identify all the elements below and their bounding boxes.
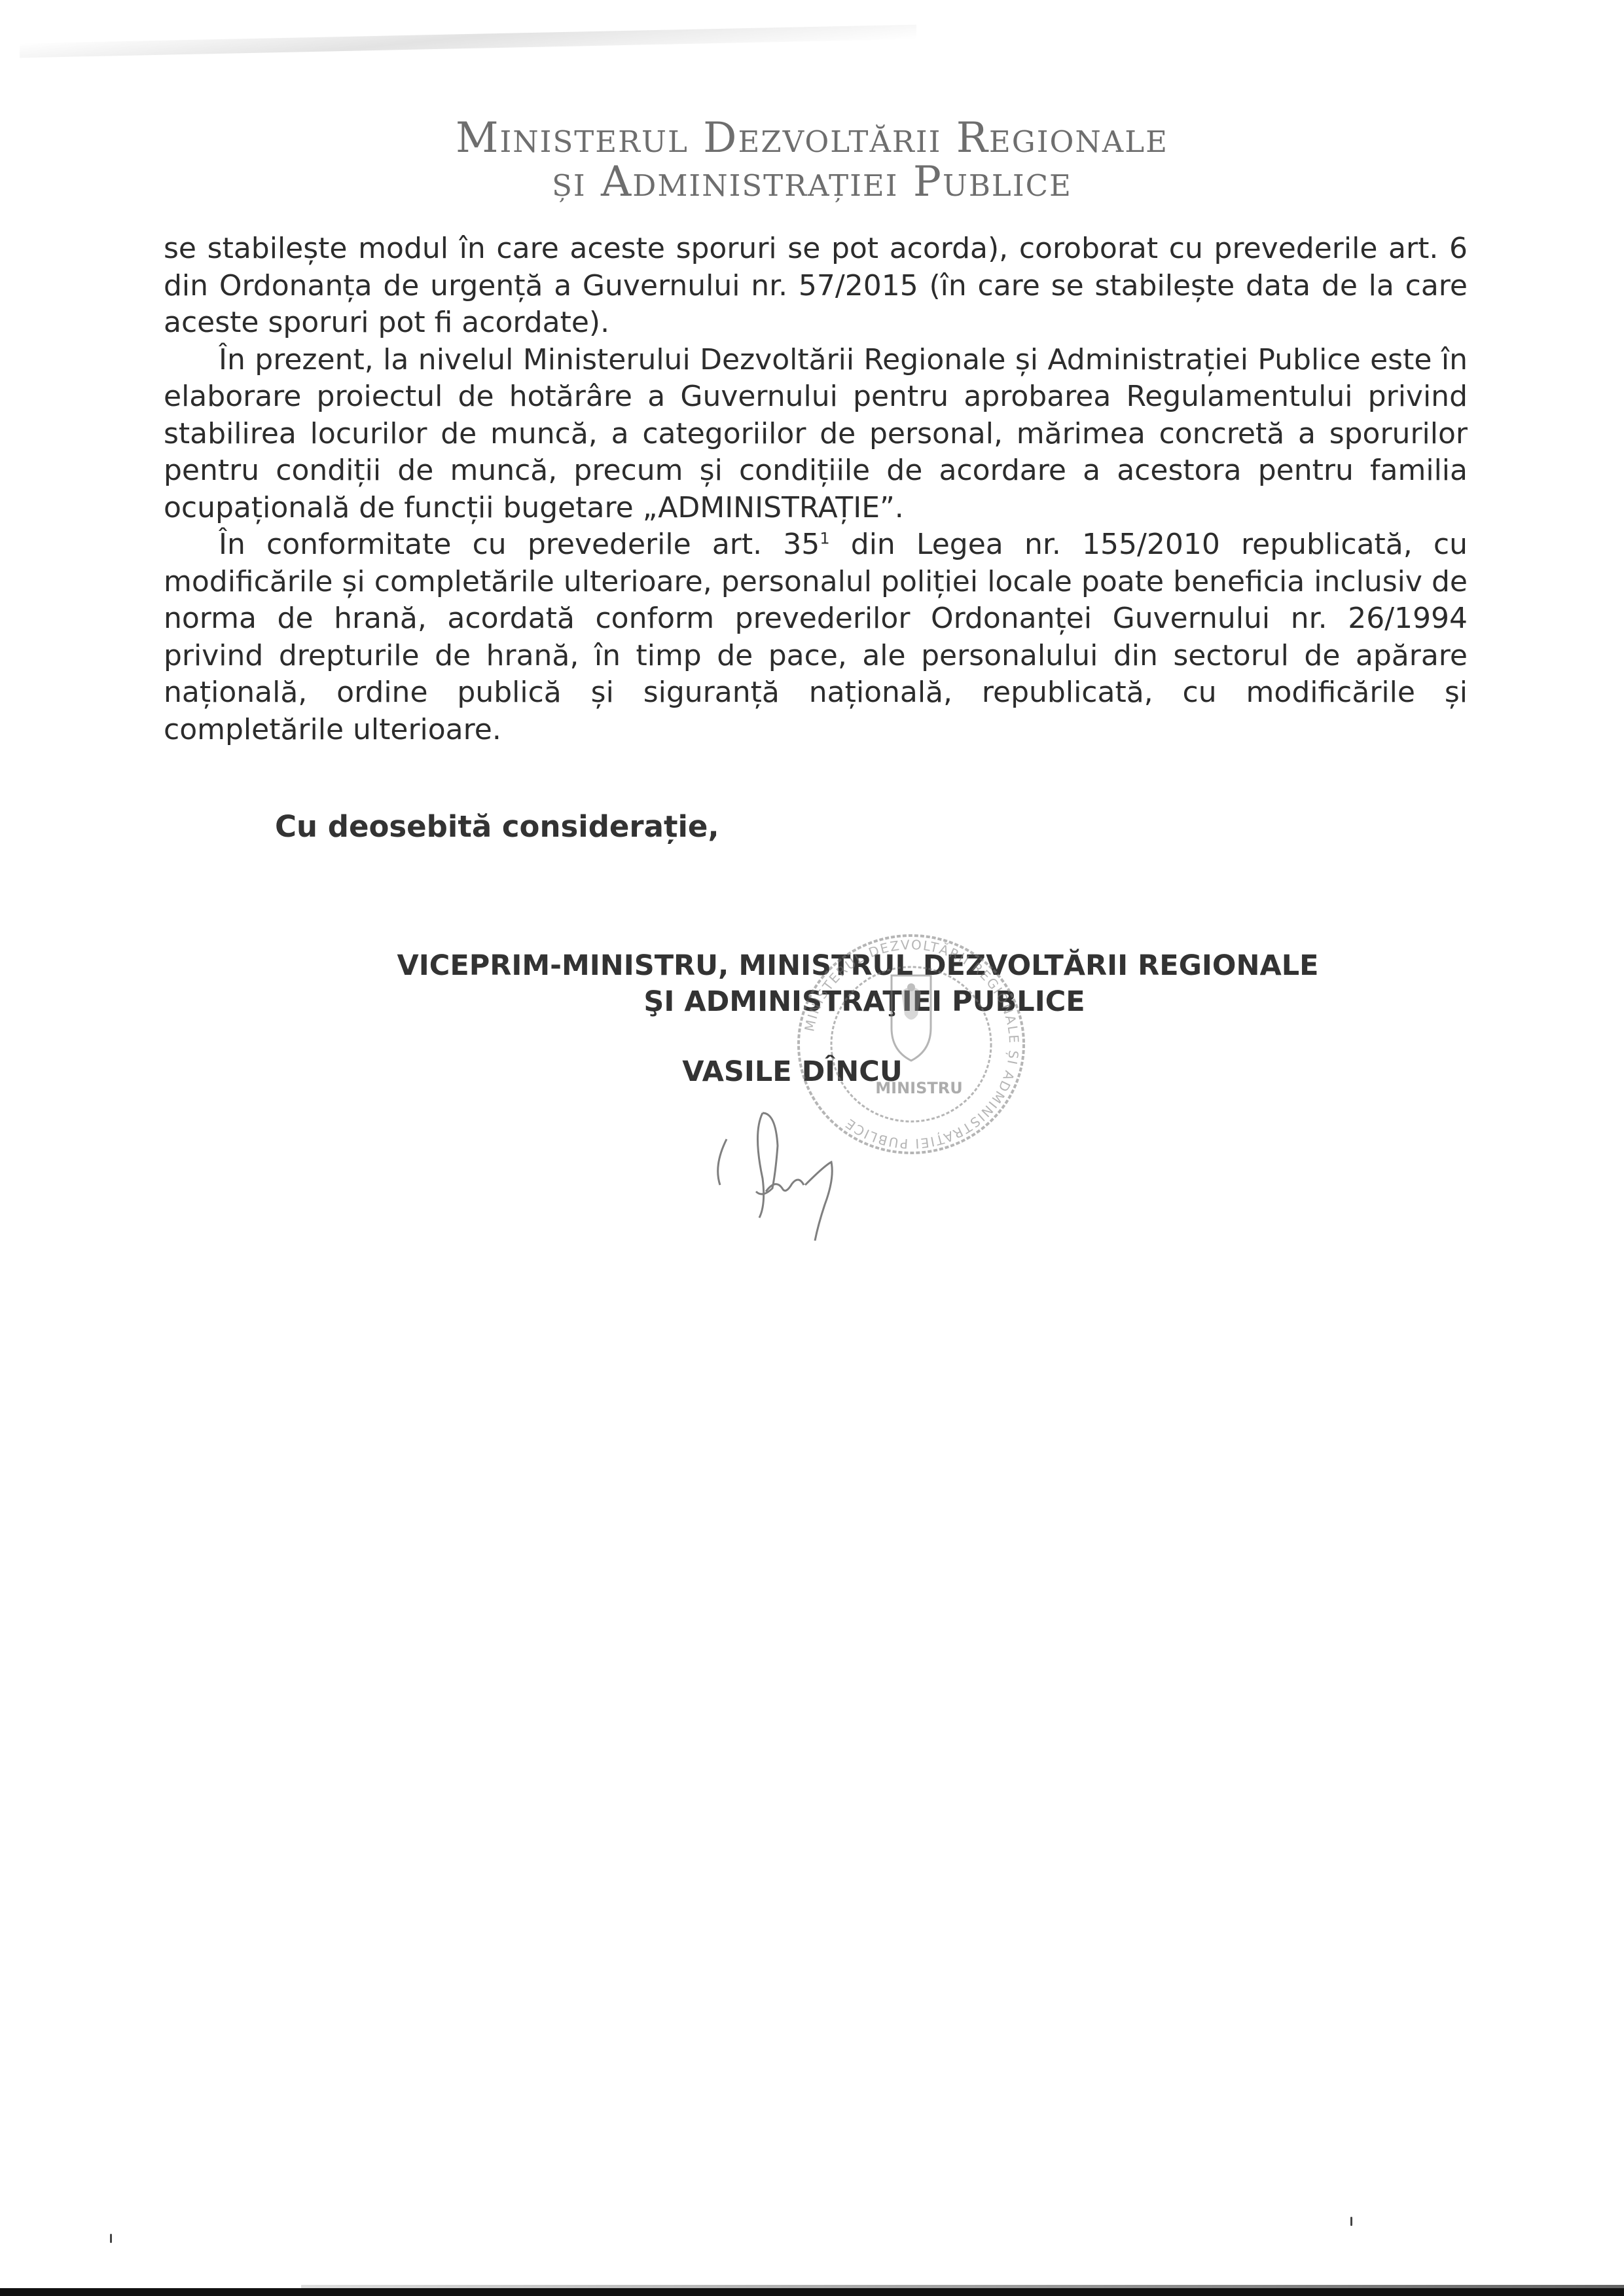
handwritten-signature (700, 1106, 851, 1244)
closing-salutation: Cu deosebită considerație, (275, 809, 719, 844)
letterhead-line-1: Ministerul Dezvoltării Regionale (0, 117, 1624, 160)
coat-of-arms-icon (892, 975, 931, 1061)
body-paragraph-2: În prezent, la nivelul Ministerului Dezv… (164, 342, 1468, 527)
letterhead-line-2: și Administrației Publice (0, 160, 1624, 204)
article-superscript: 1 (820, 529, 829, 547)
body-paragraph-1: se stabilește modul în care aceste sporu… (164, 230, 1468, 342)
scan-artifact-top-line (20, 25, 916, 58)
scan-speck (110, 2234, 112, 2243)
scan-artifact-bottom-edge (0, 2288, 1624, 2296)
stamp-inner-text: MINISTRU (875, 1079, 962, 1097)
letterhead: Ministerul Dezvoltării Regionale și Admi… (0, 117, 1624, 204)
scan-speck (1350, 2217, 1352, 2226)
letter-body: se stabilește modul în care aceste sporu… (164, 230, 1468, 748)
paragraph-3-text-before-superscript: În conformitate cu prevederile art. 35 (219, 528, 820, 561)
body-paragraph-3: În conformitate cu prevederile art. 351 … (164, 526, 1468, 748)
